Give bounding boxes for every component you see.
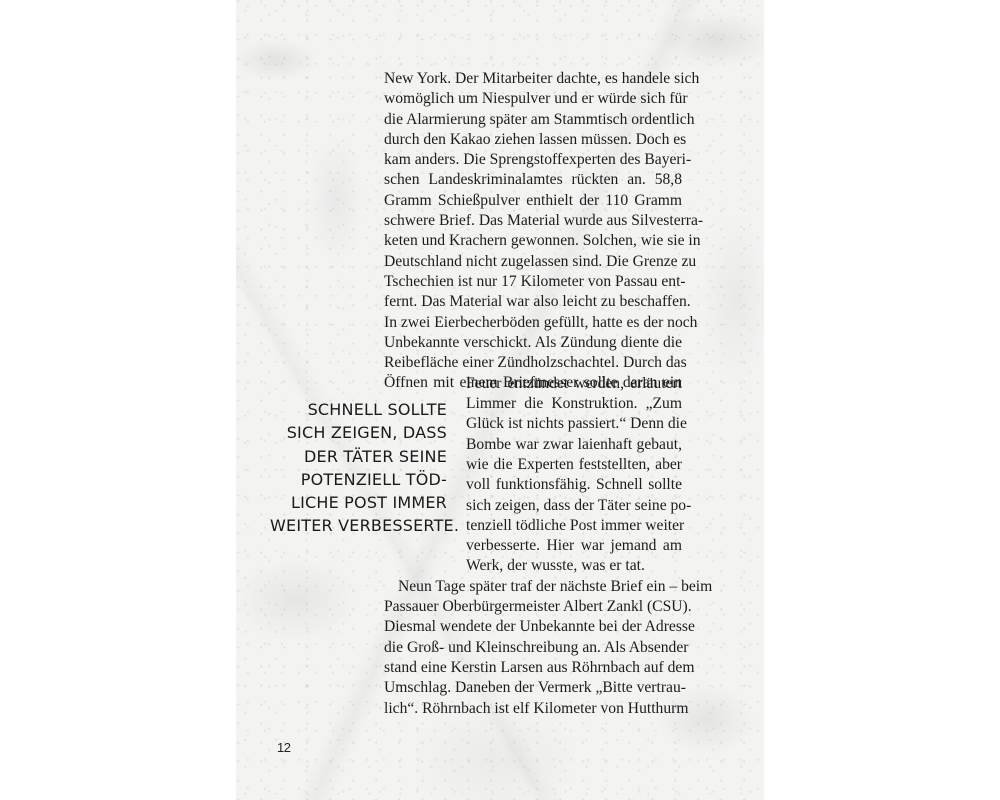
text-line: Reibefläche einer Zündholzschachtel. Dur… bbox=[384, 353, 682, 373]
text-line: Limmer die Konstruktion. „Zum bbox=[466, 394, 682, 414]
pull-quote-line: potenziell töd- bbox=[270, 468, 447, 491]
text-line: wie die Experten feststellten, aber bbox=[466, 455, 682, 475]
page-number: 12 bbox=[277, 740, 290, 755]
text-line: Bombe war zwar laienhaft gebaut, bbox=[466, 435, 682, 455]
text-line: Werk, der wusste, was er tat. bbox=[466, 556, 682, 576]
text-line: Umschlag. Daneben der Vermerk „Bitte ver… bbox=[384, 678, 682, 698]
text-line: Diesmal wendete der Unbekannte bei der A… bbox=[384, 617, 682, 637]
text-line: Feuer entzündet werden, erläutert bbox=[466, 374, 682, 394]
text-line: verbesserte. Hier war jemand am bbox=[466, 536, 682, 556]
text-line: keten und Krachern gewonnen. Solchen, wi… bbox=[384, 231, 682, 251]
text-line: schen Landeskriminalamtes rückten an. 58… bbox=[384, 170, 682, 190]
text-line: lich“. Röhrnbach ist elf Kilometer von H… bbox=[384, 699, 682, 719]
pull-quote-line: weiter verbesserte. bbox=[270, 514, 447, 537]
text-line: fernt. Das Material war also leicht zu b… bbox=[384, 292, 682, 312]
text-line: Glück ist nichts passiert.“ Denn die bbox=[466, 414, 682, 434]
text-line: voll funktionsfähig. Schnell sollte bbox=[466, 475, 682, 495]
text-line: kam anders. Die Sprengstoffexperten des … bbox=[384, 150, 682, 170]
text-line: sich zeigen, dass der Täter seine po- bbox=[466, 496, 682, 516]
text-line: Deutschland nicht zugelassen sind. Die G… bbox=[384, 252, 682, 272]
pull-quote-line: Schnell sollte bbox=[270, 398, 447, 421]
body-text-block-2: Feuer entzündet werden, erläutert Limmer… bbox=[466, 374, 682, 577]
text-line: Passauer Oberbürgermeister Albert Zankl … bbox=[384, 597, 682, 617]
text-line: schwere Brief. Das Material wurde aus Si… bbox=[384, 211, 682, 231]
body-text-block-1: New York. Der Mitarbeiter dachte, es han… bbox=[384, 69, 682, 394]
pull-quote-line: liche Post immer bbox=[270, 491, 447, 514]
text-line: stand eine Kerstin Larsen aus Röhrnbach … bbox=[384, 658, 682, 678]
text-line: womöglich um Niespulver und er würde sic… bbox=[384, 89, 682, 109]
text-line: In zwei Eierbecherböden gefüllt, hatte e… bbox=[384, 313, 682, 333]
body-text-block-3: Neun Tage später traf der nächste Brief … bbox=[384, 577, 682, 719]
pull-quote-line: der Täter seine bbox=[270, 445, 447, 468]
text-line: New York. Der Mitarbeiter dachte, es han… bbox=[384, 69, 682, 89]
text-line: Gramm Schießpulver enthielt der 110 Gram… bbox=[384, 191, 682, 211]
text-line: Unbekannte verschickt. Als Zündung dient… bbox=[384, 333, 682, 353]
pull-quote: Schnell sollte sich zeigen, dass der Tät… bbox=[270, 398, 447, 538]
text-line: durch den Kakao ziehen lassen müssen. Do… bbox=[384, 130, 682, 150]
text-line: Tschechien ist nur 17 Kilometer von Pass… bbox=[384, 272, 682, 292]
text-line: tenziell tödliche Post immer weiter bbox=[466, 516, 682, 536]
text-line: die Alarmierung später am Stammtisch ord… bbox=[384, 110, 682, 130]
text-line: Neun Tage später traf der nächste Brief … bbox=[384, 577, 682, 597]
text-line: die Groß- und Kleinschreibung an. Als Ab… bbox=[384, 638, 682, 658]
pull-quote-line: sich zeigen, dass bbox=[270, 421, 447, 444]
